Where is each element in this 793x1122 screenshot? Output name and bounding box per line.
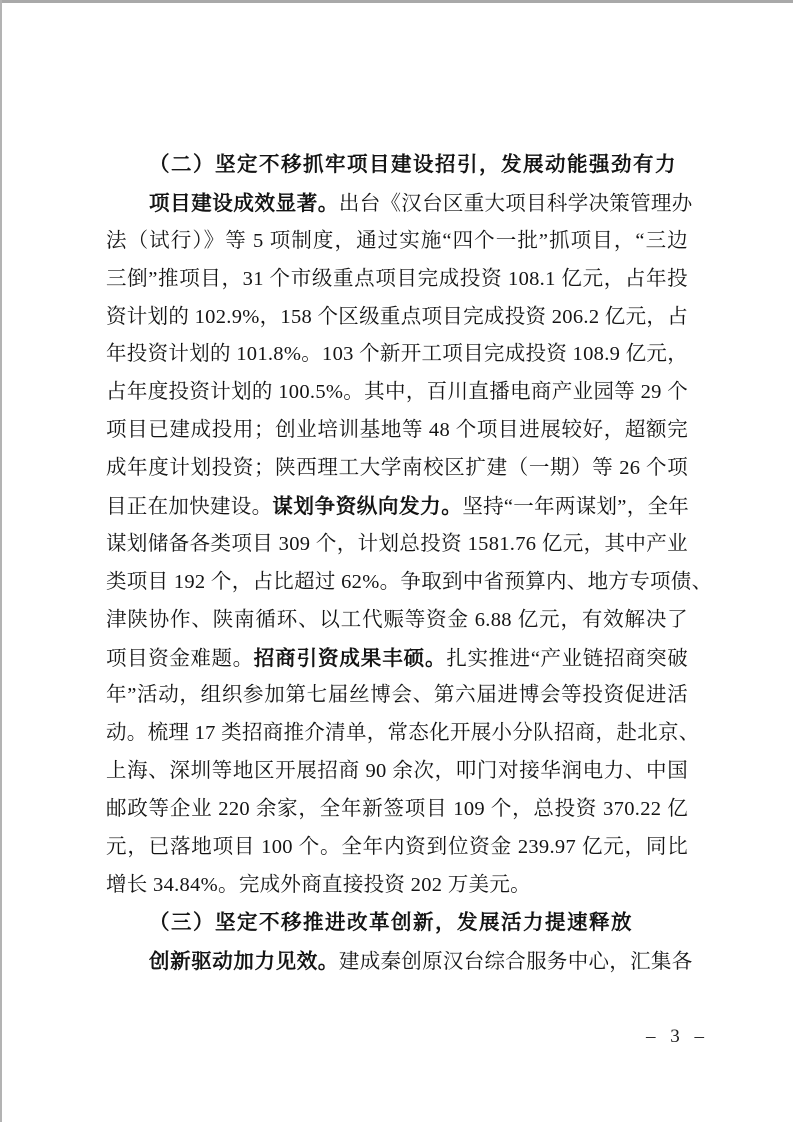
text-line: 资计划的 102.9%，158 个区级重点项目完成投资 206.2 亿元，占 <box>106 299 688 337</box>
text-line: 项目已建成投用；创业培训基地等 48 个项目进展较好，超额完 <box>106 412 688 450</box>
text-segment: 年”活动，组织参加第七届丝博会、第六届进博会等投资促进活 <box>106 684 688 706</box>
text-segment: 上海、深圳等地区开展招商 90 余次，叩门对接华润电力、中国 <box>106 760 688 782</box>
text-segment: 出台《汉台区重大项目科学决策管理办 <box>339 193 693 215</box>
text-segment: 类项目 192 个，占比超过 62%。争取到中省预算内、地方专项债、 <box>106 571 712 593</box>
emphasis-run-in: 创新驱动加力见效。 <box>149 950 339 973</box>
scan-edge-top <box>0 0 793 3</box>
text-line: 项目资金难题。招商引资成果丰硕。扎实推进“产业链招商突破 <box>106 640 688 678</box>
text-segment: 法（试行）》等 5 项制度，通过实施“四个一批”抓项目，“三边 <box>106 230 688 252</box>
text-segment: 坚持“一年两谋划”，全年 <box>462 496 689 518</box>
text-segment: （二）坚定不移抓牢项目建设招引，发展动能强劲有力 <box>149 154 677 176</box>
document-body: （二）坚定不移抓牢项目建设招引，发展动能强劲有力项目建设成效显著。出台《汉台区重… <box>106 147 688 981</box>
text-line: 目正在加快建设。谋划争资纵向发力。坚持“一年两谋划”，全年 <box>106 488 688 526</box>
text-line: 津陕协作、陕南循环、以工代赈等资金 6.88 亿元，有效解决了 <box>106 602 688 640</box>
text-line: 年投资计划的 101.8%。103 个新开工项目完成投资 108.9 亿元， <box>106 336 688 374</box>
text-line: 三倒”推项目，31 个市级重点项目完成投资 108.1 亿元，占年投 <box>106 261 688 299</box>
text-segment: 邮政等企业 220 余家，全年新签项目 109 个，总投资 370.22 亿 <box>106 798 688 820</box>
page-number: – 3 – <box>646 1026 709 1048</box>
text-line: 创新驱动加力见效。建成秦创原汉台综合服务中心，汇集各 <box>106 943 688 981</box>
text-segment: 建成秦创原汉台综合服务中心，汇集各 <box>339 951 693 973</box>
document-page: { "page": { "background": "#ffffff", "ed… <box>0 0 793 1122</box>
scan-edge-left <box>0 0 2 1122</box>
text-line: 类项目 192 个，占比超过 62%。争取到中省预算内、地方专项债、 <box>106 564 688 602</box>
text-line: 增长 34.84%。完成外商直接投资 202 万美元。 <box>106 867 688 905</box>
text-segment: 资计划的 102.9%，158 个区级重点项目完成投资 206.2 亿元，占 <box>106 306 688 328</box>
emphasis-run-in: 项目建设成效显著。 <box>149 192 339 215</box>
text-segment: 谋划储备各类项目 309 个，计划总投资 1581.76 亿元，其中产业 <box>106 533 688 555</box>
text-segment: 目正在加快建设。 <box>106 496 272 518</box>
text-segment: 扎实推进“产业链招商突破 <box>446 648 688 670</box>
text-line: 上海、深圳等地区开展招商 90 余次，叩门对接华润电力、中国 <box>106 753 688 791</box>
text-segment: 元，已落地项目 100 个。全年内资到位资金 239.97 亿元，同比 <box>106 836 688 858</box>
text-line: 法（试行）》等 5 项制度，通过实施“四个一批”抓项目，“三边 <box>106 223 688 261</box>
section-heading: （二）坚定不移抓牢项目建设招引，发展动能强劲有力 <box>106 147 688 185</box>
text-segment: 三倒”推项目，31 个市级重点项目完成投资 108.1 亿元，占年投 <box>106 268 688 290</box>
text-line: 谋划储备各类项目 309 个，计划总投资 1581.76 亿元，其中产业 <box>106 526 688 564</box>
text-line: 年”活动，组织参加第七届丝博会、第六届进博会等投资促进活 <box>106 677 688 715</box>
text-segment: 动。梳理 17 类招商推介清单，常态化开展小分队招商，赴北京、 <box>106 722 700 744</box>
text-line: 邮政等企业 220 余家，全年新签项目 109 个，总投资 370.22 亿 <box>106 791 688 829</box>
text-segment: 年投资计划的 101.8%。103 个新开工项目完成投资 108.9 亿元， <box>106 343 688 365</box>
text-line: 占年度投资计划的 100.5%。其中，百川直播电商产业园等 29 个 <box>106 374 688 412</box>
text-segment: 项目已建成投用；创业培训基地等 48 个项目进展较好，超额完 <box>106 419 688 441</box>
text-segment: 增长 34.84%。完成外商直接投资 202 万美元。 <box>106 874 531 896</box>
text-segment: （三）坚定不移推进改革创新，发展活力提速释放 <box>149 912 633 934</box>
emphasis-run-in: 谋划争资纵向发力。 <box>272 495 462 518</box>
text-segment: 占年度投资计划的 100.5%。其中，百川直播电商产业园等 29 个 <box>106 381 688 403</box>
text-line: 元，已落地项目 100 个。全年内资到位资金 239.97 亿元，同比 <box>106 829 688 867</box>
text-segment: 成年度计划投资；陕西理工大学南校区扩建（一期）等 26 个项 <box>106 457 688 479</box>
text-segment: 项目资金难题。 <box>106 648 254 670</box>
text-line: 动。梳理 17 类招商推介清单，常态化开展小分队招商，赴北京、 <box>106 715 688 753</box>
text-line: 项目建设成效显著。出台《汉台区重大项目科学决策管理办 <box>106 185 688 223</box>
emphasis-run-in: 招商引资成果丰硕。 <box>254 647 447 670</box>
text-segment: 津陕协作、陕南循环、以工代赈等资金 6.88 亿元，有效解决了 <box>106 609 688 631</box>
text-line: 成年度计划投资；陕西理工大学南校区扩建（一期）等 26 个项 <box>106 450 688 488</box>
section-heading: （三）坚定不移推进改革创新，发展活力提速释放 <box>106 905 688 943</box>
